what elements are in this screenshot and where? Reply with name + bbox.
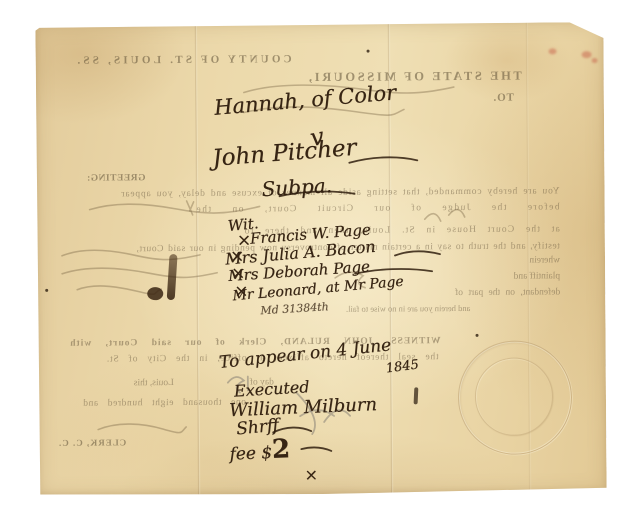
- handwriting-layer: Hannah, of Color v John Pitcher Subpa. W…: [35, 22, 603, 26]
- ink-speck: [367, 50, 370, 53]
- embossed-seal: [458, 340, 573, 455]
- sheriff-signature: William Milburn: [229, 396, 378, 420]
- return-year: 1845: [385, 358, 419, 375]
- defendant-name: John Pitcher: [212, 137, 358, 171]
- docket-note: Md 31384th: [260, 301, 329, 316]
- ink-streak: [414, 387, 419, 404]
- document-type-label: Subpa.: [261, 175, 333, 199]
- mirrored-print-line: defendant, on the part of: [415, 288, 560, 299]
- embossed-seal-inner-ring: [475, 357, 554, 436]
- mirrored-print-line: THE STATE OF MISSOURI,: [304, 70, 522, 84]
- ink-speck: [45, 289, 48, 292]
- red-stain: [582, 51, 592, 58]
- fee-note: fee $2: [229, 436, 291, 465]
- mirrored-print-line: COUNTY OF ST. LOUIS, SS.: [62, 54, 292, 67]
- mirrored-print-line: CLERK, C. C.: [56, 438, 126, 447]
- bottom-check-mark: ×: [304, 467, 318, 483]
- ink-speck: [476, 334, 479, 337]
- mirrored-print-line: plaintiff and: [488, 272, 560, 282]
- mirrored-print-line: Louis, this: [93, 379, 174, 389]
- ink-blot: [147, 287, 163, 300]
- red-stain: [592, 58, 598, 63]
- fee-amount: 2: [271, 434, 290, 465]
- document-paper: COUNTY OF ST. LOUIS, SS. THE STATE OF MI…: [35, 22, 606, 496]
- red-stain: [549, 48, 557, 54]
- scan-background: COUNTY OF ST. LOUIS, SS. THE STATE OF MI…: [0, 0, 640, 530]
- mirrored-print-line: one thousand eight hundred and: [61, 399, 246, 410]
- plaintiff-name: Hannah, of Color: [213, 82, 397, 119]
- mirrored-print-line: wherein: [510, 256, 560, 266]
- mirrored-print-line: GREETING:: [93, 174, 145, 184]
- mirrored-print-line: before the Judge of our Circuit Court, o…: [110, 203, 560, 216]
- printed-form-showthrough-layer: COUNTY OF ST. LOUIS, SS. THE STATE OF MI…: [35, 22, 603, 26]
- ink-blot: [167, 254, 178, 300]
- fold-crease: [194, 25, 200, 495]
- mirrored-print-line: TO.: [484, 93, 514, 104]
- fee-label: fee $: [229, 443, 272, 465]
